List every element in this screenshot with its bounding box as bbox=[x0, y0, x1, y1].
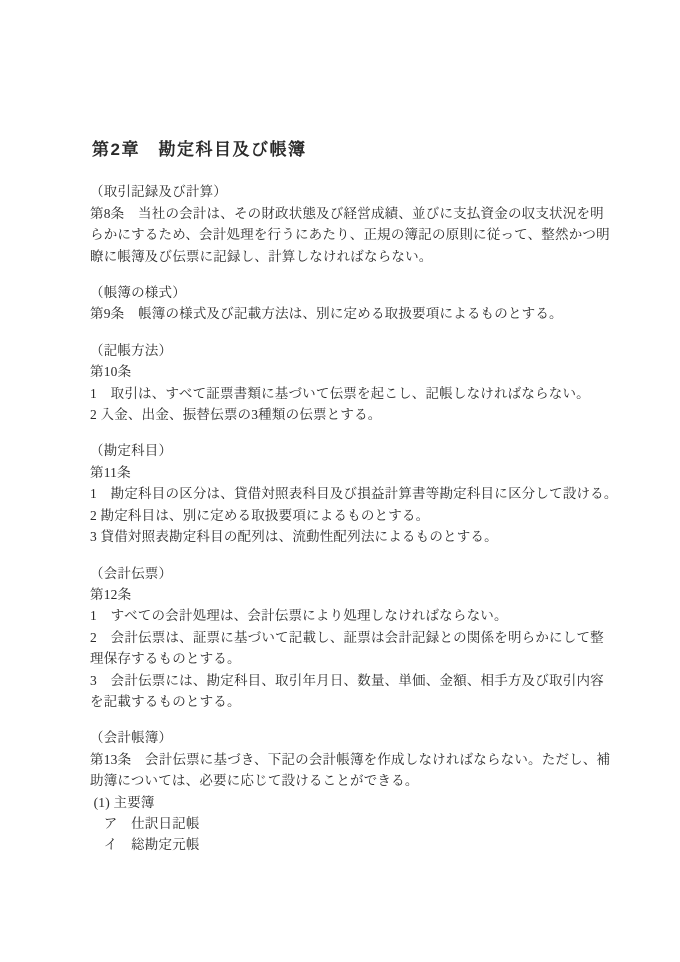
document-line: 第12条 bbox=[90, 584, 602, 605]
section-caption: （取引記録及び計算） bbox=[90, 181, 602, 202]
document-line: 第8条 当社の会計は、その財政状態及び経営成績、並びに支払資金の収支状況を明 bbox=[90, 203, 602, 224]
document-line: 2 勘定科目は、別に定める取扱要項によるものとする。 bbox=[90, 505, 602, 526]
document-line: 1 すべての会計処理は、会計伝票により処理しなければならない。 bbox=[90, 605, 602, 626]
document-line: 3 貸借対照表勘定科目の配列は、流動性配列法によるものとする。 bbox=[90, 526, 602, 547]
document-section: （勘定科目）第11条1 勘定科目の区分は、貸借対照表科目及び損益計算書等勘定科目… bbox=[90, 440, 602, 547]
section-caption: （会計伝票） bbox=[90, 563, 602, 584]
document-body: （取引記録及び計算）第8条 当社の会計は、その財政状態及び経営成績、並びに支払資… bbox=[90, 181, 602, 855]
document-line: 2 入金、出金、振替伝票の3種類の伝票とする。 bbox=[90, 404, 602, 425]
document-line: 助簿については、必要に応じて設けることができる。 bbox=[90, 770, 602, 791]
document-line: 瞭に帳簿及び伝票に記録し、計算しなければならない。 bbox=[90, 246, 602, 267]
document-section: （記帳方法）第10条1 取引は、すべて証票書類に基づいて伝票を起こし、記帳しなけ… bbox=[90, 340, 602, 426]
document-line: (1) 主要簿 bbox=[90, 792, 602, 813]
document-section: （取引記録及び計算）第8条 当社の会計は、その財政状態及び経営成績、並びに支払資… bbox=[90, 181, 602, 267]
section-caption: （勘定科目） bbox=[90, 440, 602, 461]
document-page: 第2章 勘定科目及び帳簿 （取引記録及び計算）第8条 当社の会計は、その財政状態… bbox=[0, 0, 680, 962]
document-line: 第11条 bbox=[90, 462, 602, 483]
chapter-heading: 第2章 勘定科目及び帳簿 bbox=[92, 139, 602, 160]
document-line: 2 会計伝票は、証票に基づいて記載し、証票は会計記録との関係を明らかにして整 bbox=[90, 627, 602, 648]
document-section: （帳簿の様式）第9条 帳簿の様式及び記載方法は、別に定める取扱要項によるものとす… bbox=[90, 282, 602, 325]
document-line: 第9条 帳簿の様式及び記載方法は、別に定める取扱要項によるものとする。 bbox=[90, 303, 602, 324]
document-line: 第13条 会計伝票に基づき、下記の会計帳簿を作成しなければならない。ただし、補 bbox=[90, 749, 602, 770]
document-line: 1 勘定科目の区分は、貸借対照表科目及び損益計算書等勘定科目に区分して設ける。 bbox=[90, 483, 602, 504]
section-caption: （帳簿の様式） bbox=[90, 282, 602, 303]
document-line: 3 会計伝票には、勘定科目、取引年月日、数量、単価、金額、相手方及び取引内容 bbox=[90, 670, 602, 691]
section-caption: （記帳方法） bbox=[90, 340, 602, 361]
document-line: 第10条 bbox=[90, 361, 602, 382]
document-line: らかにするため、会計処理を行うにあたり、正規の簿記の原則に従って、整然かつ明 bbox=[90, 224, 602, 245]
document-line: イ 総勘定元帳 bbox=[90, 834, 602, 855]
document-line: ア 仕訳日記帳 bbox=[90, 813, 602, 834]
document-section: （会計帳簿）第13条 会計伝票に基づき、下記の会計帳簿を作成しなければならない。… bbox=[90, 727, 602, 855]
document-line: を記載するものとする。 bbox=[90, 691, 602, 712]
document-line: 理保存するものとする。 bbox=[90, 648, 602, 669]
document-line: 1 取引は、すべて証票書類に基づいて伝票を起こし、記帳しなければならない。 bbox=[90, 383, 602, 404]
document-section: （会計伝票）第12条1 すべての会計処理は、会計伝票により処理しなければならない… bbox=[90, 563, 602, 713]
section-caption: （会計帳簿） bbox=[90, 727, 602, 748]
